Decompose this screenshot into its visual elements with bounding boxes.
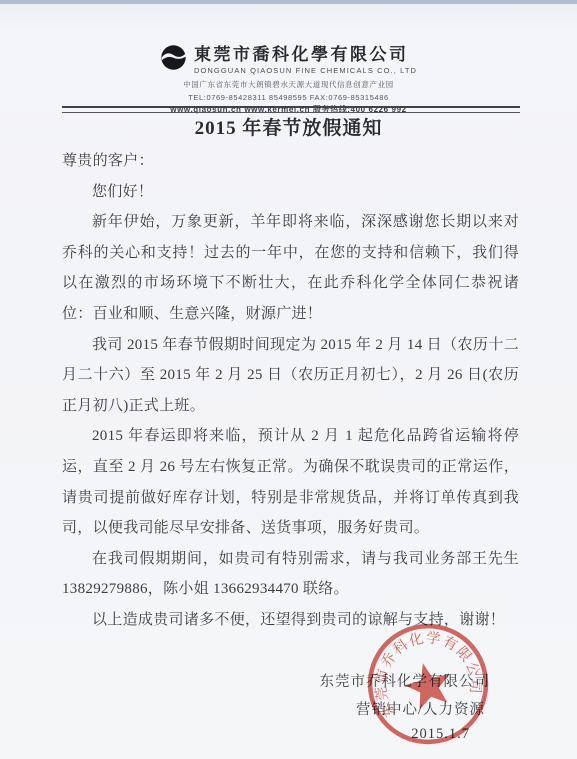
notice-paragraph: 我司 2015 年春节假期时间现定为 2015 年 2 月 14 日（农历十二月… xyxy=(62,330,519,422)
seal-star-icon xyxy=(400,658,456,712)
letterhead: 東莞市喬科化學有限公司 DONGGUAN QIAOSUN FINE CHEMIC… xyxy=(0,40,577,115)
company-phone-fax: TEL:0769-85428311 85498595 FAX:0769-8531… xyxy=(0,93,577,102)
scanned-notice-page: 東莞市喬科化學有限公司 DONGGUAN QIAOSUN FINE CHEMIC… xyxy=(0,0,577,759)
notice-title: 2015 年春节放假通知 xyxy=(0,113,577,140)
scan-edge xyxy=(0,0,577,4)
notice-paragraph: 在我司假期期间，如贵司有特别需求，请与我司业务部王先生 13829279886，… xyxy=(62,544,519,605)
company-name-english: DONGGUAN QIAOSUN FINE CHEMICALS CO., LTD xyxy=(194,66,417,75)
salutation: 尊贵的客户： xyxy=(62,146,519,177)
letterhead-divider xyxy=(62,106,520,113)
greeting: 您们好！ xyxy=(62,177,519,208)
notice-paragraph: 2015 年春运即将来临，预计从 2 月 1 起危化品跨省运输将停运，直至 2 … xyxy=(62,421,519,543)
notice-paragraph: 新年伊始，万象更新，羊年即将来临，深深感谢您长期以来对乔科的关心和支持！过去的一… xyxy=(62,207,519,329)
company-address: 中国广东省东莞市大朗镇碧水天源大道现代信息创意产业园 xyxy=(0,79,577,90)
company-logo-icon xyxy=(160,44,187,71)
notice-body: 尊贵的客户： 您们好！ 新年伊始，万象更新，羊年即将来临，深深感谢您长期以来对乔… xyxy=(62,146,519,636)
company-name-chinese: 東莞市喬科化學有限公司 xyxy=(194,40,417,65)
